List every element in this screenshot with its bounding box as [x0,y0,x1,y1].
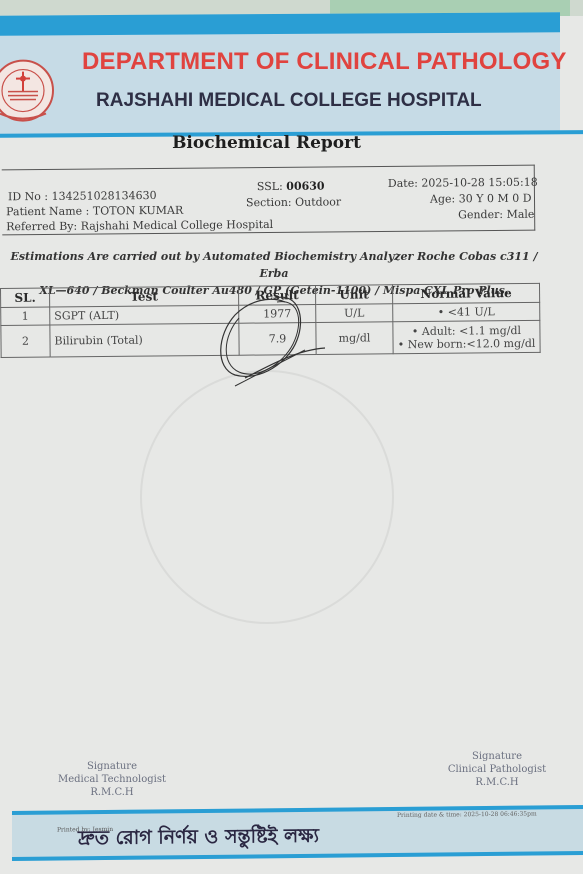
ssl-value: 00630 [286,180,324,193]
id-value: 134251028134630 [52,189,157,203]
college-seal-icon [0,57,56,123]
referred-field: Referred By: Rajshahi Medical College Ho… [6,218,273,233]
report-title: Biochemical Report [0,133,533,153]
row-test: Bilirubin (Total) [50,323,239,357]
date-value: 2025-10-28 15:05:18 [421,176,537,190]
normal-value-newborn: • New born:<12.0 mg/dl [397,336,535,350]
header-sl: SL. [1,288,50,307]
section-label: Section: [246,196,292,209]
referred-label: Referred By: [6,220,77,234]
patient-name-field: Patient Name : TOTON KUMAR [6,204,183,219]
age-value: 30 Y 0 M 0 D [459,192,532,206]
report-footer: Printed by: Jesmin Printing date & time:… [12,805,583,861]
header-band-top [0,12,560,35]
header-unit: Unit [315,285,392,305]
section-value: Outdoor [295,195,341,208]
row-normal-value: • <41 U/L [393,302,540,321]
results-table: SL. Test Result Unit Normal Value 1 SGPT… [0,283,541,358]
row-result: 7.9 [239,322,316,355]
signature-medical-technologist: Signature Medical Technologist R.M.C.H [52,760,172,799]
referred-value: Rajshahi Medical College Hospital [81,218,274,233]
signature-role: Clinical Pathologist [432,763,562,776]
hospital-name: RAJSHAHI MEDICAL COLLEGE HOSPITAL [96,90,482,112]
row-test: SGPT (ALT) [50,305,239,325]
ssl-label: SSL: [257,180,283,193]
ssl-field: SSL: 00630 [257,180,325,194]
patient-name-value: TOTON KUMAR [93,204,184,218]
gender-field: Gender: Male [458,208,534,222]
gender-value: Male [506,208,534,221]
table-row: 2 Bilirubin (Total) 7.9 mg/dl • Adult: <… [1,320,540,357]
watermark-seal-icon [140,370,394,624]
row-sl: 1 [1,307,50,325]
signature-clinical-pathologist: Signature Clinical Pathologist R.M.C.H [432,750,562,789]
normal-value-adult: • Adult: <1.1 mg/dl [397,323,535,337]
id-label: ID No : [8,190,48,203]
header-normal-value: Normal Value [392,283,539,303]
signature-label: Signature [52,760,172,773]
patient-info-box: ID No : 134251028134630 SSL: 00630 Date:… [2,165,536,236]
row-unit: mg/dl [316,322,393,355]
row-unit: U/L [316,304,393,323]
header-test: Test [50,286,239,307]
printing-date: Printing date & time: 2025-10-28 06:46:3… [397,810,537,818]
signature-label: Signature [432,750,562,763]
footer-tagline: দ্রুত রোগ নির্ণয় ও সন্তুষ্টিই লক্ষ্য [78,822,319,857]
department-title: DEPARTMENT OF CLINICAL PATHOLOGY [82,48,567,76]
row-sl: 2 [1,325,50,357]
section-field: Section: Outdoor [246,195,341,209]
age-field: Age: 30 Y 0 M 0 D [430,192,532,206]
gender-label: Gender: [458,208,503,221]
id-field: ID No : 134251028134630 [8,189,157,203]
row-result: 1977 [239,304,316,323]
age-label: Age: [430,192,455,205]
date-field: Date: 2025-10-28 15:05:18 [388,176,538,190]
signature-institution: R.M.C.H [52,786,172,799]
row-normal-value: • Adult: <1.1 mg/dl • New born:<12.0 mg/… [393,320,540,353]
date-label: Date: [388,177,418,190]
header-result: Result [238,285,315,305]
signature-institution: R.M.C.H [432,776,562,789]
signature-role: Medical Technologist [52,773,172,786]
patient-name-label: Patient Name : [6,205,89,219]
method-note-line1: Estimations Are carried out by Automated… [4,248,544,282]
